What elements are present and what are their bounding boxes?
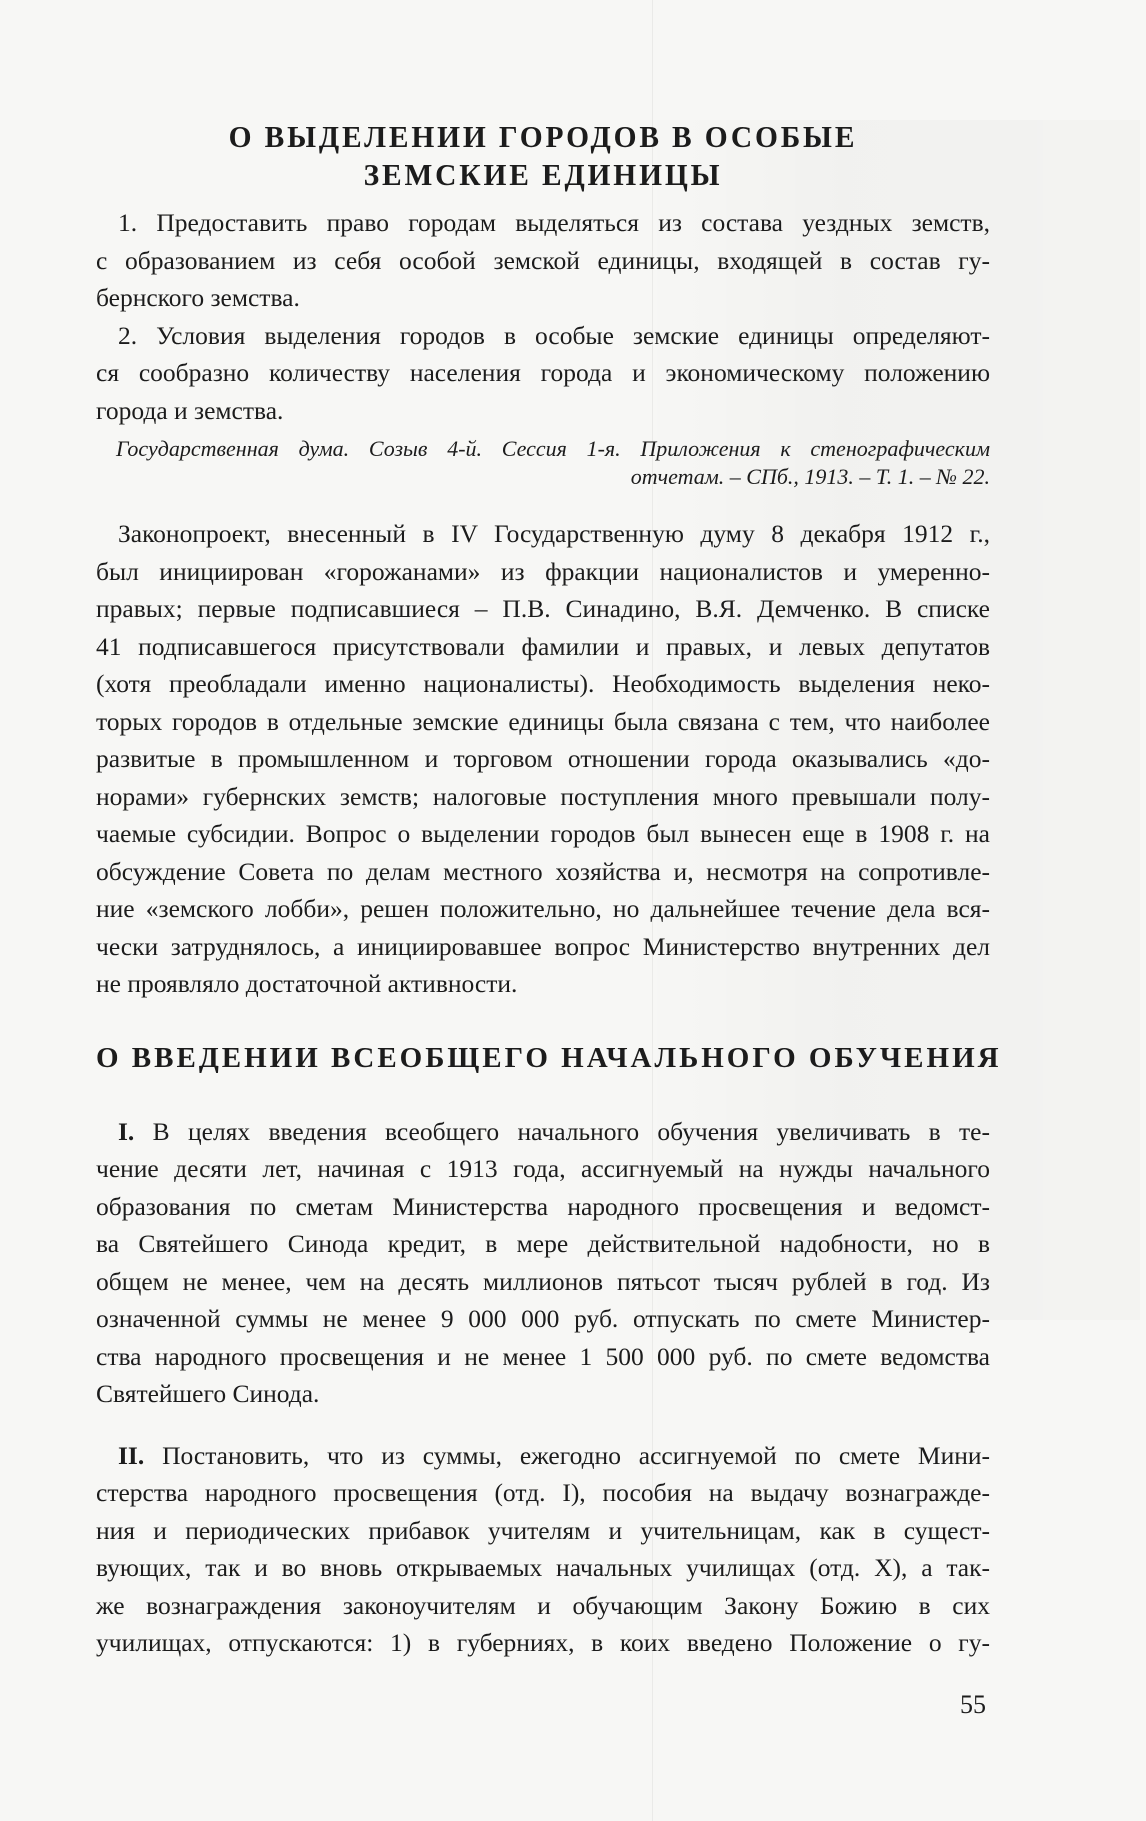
text-line: с образованием из себя особой земской ед…	[96, 242, 990, 280]
text-line: бернского земства.	[96, 279, 990, 317]
text-line: I. В целях введения всеобщего начального…	[96, 1113, 990, 1151]
text-line: обсуждение Совета по делам местного хозя…	[96, 853, 990, 891]
section-2-title: О ВВЕДЕНИИ ВСЕОБЩЕГО НАЧАЛЬНОГО ОБУЧЕНИЯ	[96, 1039, 990, 1077]
section-1-title: О ВЫДЕЛЕНИИ ГОРОДОВ В ОСОБЫЕ ЗЕМСКИЕ ЕДИ…	[118, 118, 967, 194]
book-page: О ВЫДЕЛЕНИИ ГОРОДОВ В ОСОБЫЕ ЗЕМСКИЕ ЕДИ…	[96, 118, 990, 1662]
text-line: Святейшего Синода.	[96, 1375, 990, 1413]
text-line: стерства народного просвещения (отд. I),…	[96, 1474, 990, 1512]
citation-line: отчетам. – СПб., 1913. – Т. 1. – № 22.	[96, 463, 990, 491]
section-1-item-1: 1. Предоставить право городам выделяться…	[96, 204, 990, 317]
text-line: училищах, отпускаются: 1) в губерниях, в…	[96, 1624, 990, 1662]
text-line: не проявляло достаточной активности.	[96, 965, 990, 1003]
text-line: ства народного просвещения и не менее 1 …	[96, 1338, 990, 1376]
text-line: ние «земского лобби», решен положительно…	[96, 890, 990, 928]
section-1-item-2: 2. Условия выделения городов в особые зе…	[96, 317, 990, 430]
text-line: правых; первые подписавшиеся – П.В. Сина…	[96, 590, 990, 628]
text-line: 1. Предоставить право городам выделяться…	[96, 204, 990, 242]
text-line: означенной суммы не менее 9 000 000 руб.…	[96, 1300, 990, 1338]
text-line: чаемые субсидии. Вопрос о выделении горо…	[96, 815, 990, 853]
section-2-item-2: II. Постановить, что из суммы, ежегодно …	[96, 1437, 990, 1662]
title-line: ЗЕМСКИЕ ЕДИНИЦЫ	[118, 156, 967, 194]
section-1-commentary: Законопроект, внесенный в IV Государстве…	[96, 515, 990, 1003]
text-fragment: Постановить, что из суммы, ежегодно асси…	[162, 1441, 990, 1470]
text-line: города и земства.	[96, 392, 990, 430]
text-line: развитые в промышленном и торговом отнош…	[96, 740, 990, 778]
text-line: образования по сметам Министерства народ…	[96, 1188, 990, 1226]
section-2-item-1: I. В целях введения всеобщего начального…	[96, 1113, 990, 1413]
text-line: вующих, так и во вновь открываемых начал…	[96, 1549, 990, 1587]
text-line: чески затруднялось, а инициировавшее воп…	[96, 928, 990, 966]
text-fragment: В целях введения всеобщего начального об…	[153, 1117, 990, 1146]
text-line: ся сообразно количеству населения города…	[96, 354, 990, 392]
text-line: был инициирован «горожанами» из фракции …	[96, 553, 990, 591]
title-line: О ВЫДЕЛЕНИИ ГОРОДОВ В ОСОБЫЕ	[118, 118, 967, 156]
text-line: (хотя преобладали именно националисты). …	[96, 665, 990, 703]
text-line: торых городов в отдельные земские единиц…	[96, 703, 990, 741]
roman-numeral: I.	[118, 1117, 134, 1146]
text-line: ния и периодических прибавок учителям и …	[96, 1512, 990, 1550]
spacer	[96, 1003, 990, 1039]
text-line: 41 подписавшегося присутствовали фамилии…	[96, 628, 990, 666]
text-line: общем не менее, чем на десять миллионов …	[96, 1263, 990, 1301]
page-number: 55	[960, 1690, 986, 1720]
spacer	[96, 1077, 990, 1113]
text-line: чение десяти лет, начиная с 1913 года, а…	[96, 1150, 990, 1188]
citation-line: Государственная дума. Созыв 4-й. Сессия …	[96, 435, 990, 463]
text-line: Законопроект, внесенный в IV Государстве…	[96, 515, 990, 553]
source-citation: Государственная дума. Созыв 4-й. Сессия …	[96, 435, 990, 491]
text-line: норами» губернских земств; налоговые пос…	[96, 778, 990, 816]
text-line: же вознаграждения законоучителям и обуча…	[96, 1587, 990, 1625]
text-line: 2. Условия выделения городов в особые зе…	[96, 317, 990, 355]
text-line: ва Святейшего Синода кредит, в мере дейс…	[96, 1225, 990, 1263]
spacer	[96, 1413, 990, 1437]
text-line: II. Постановить, что из суммы, ежегодно …	[96, 1437, 990, 1475]
spacer	[96, 491, 990, 515]
roman-numeral: II.	[118, 1441, 144, 1470]
